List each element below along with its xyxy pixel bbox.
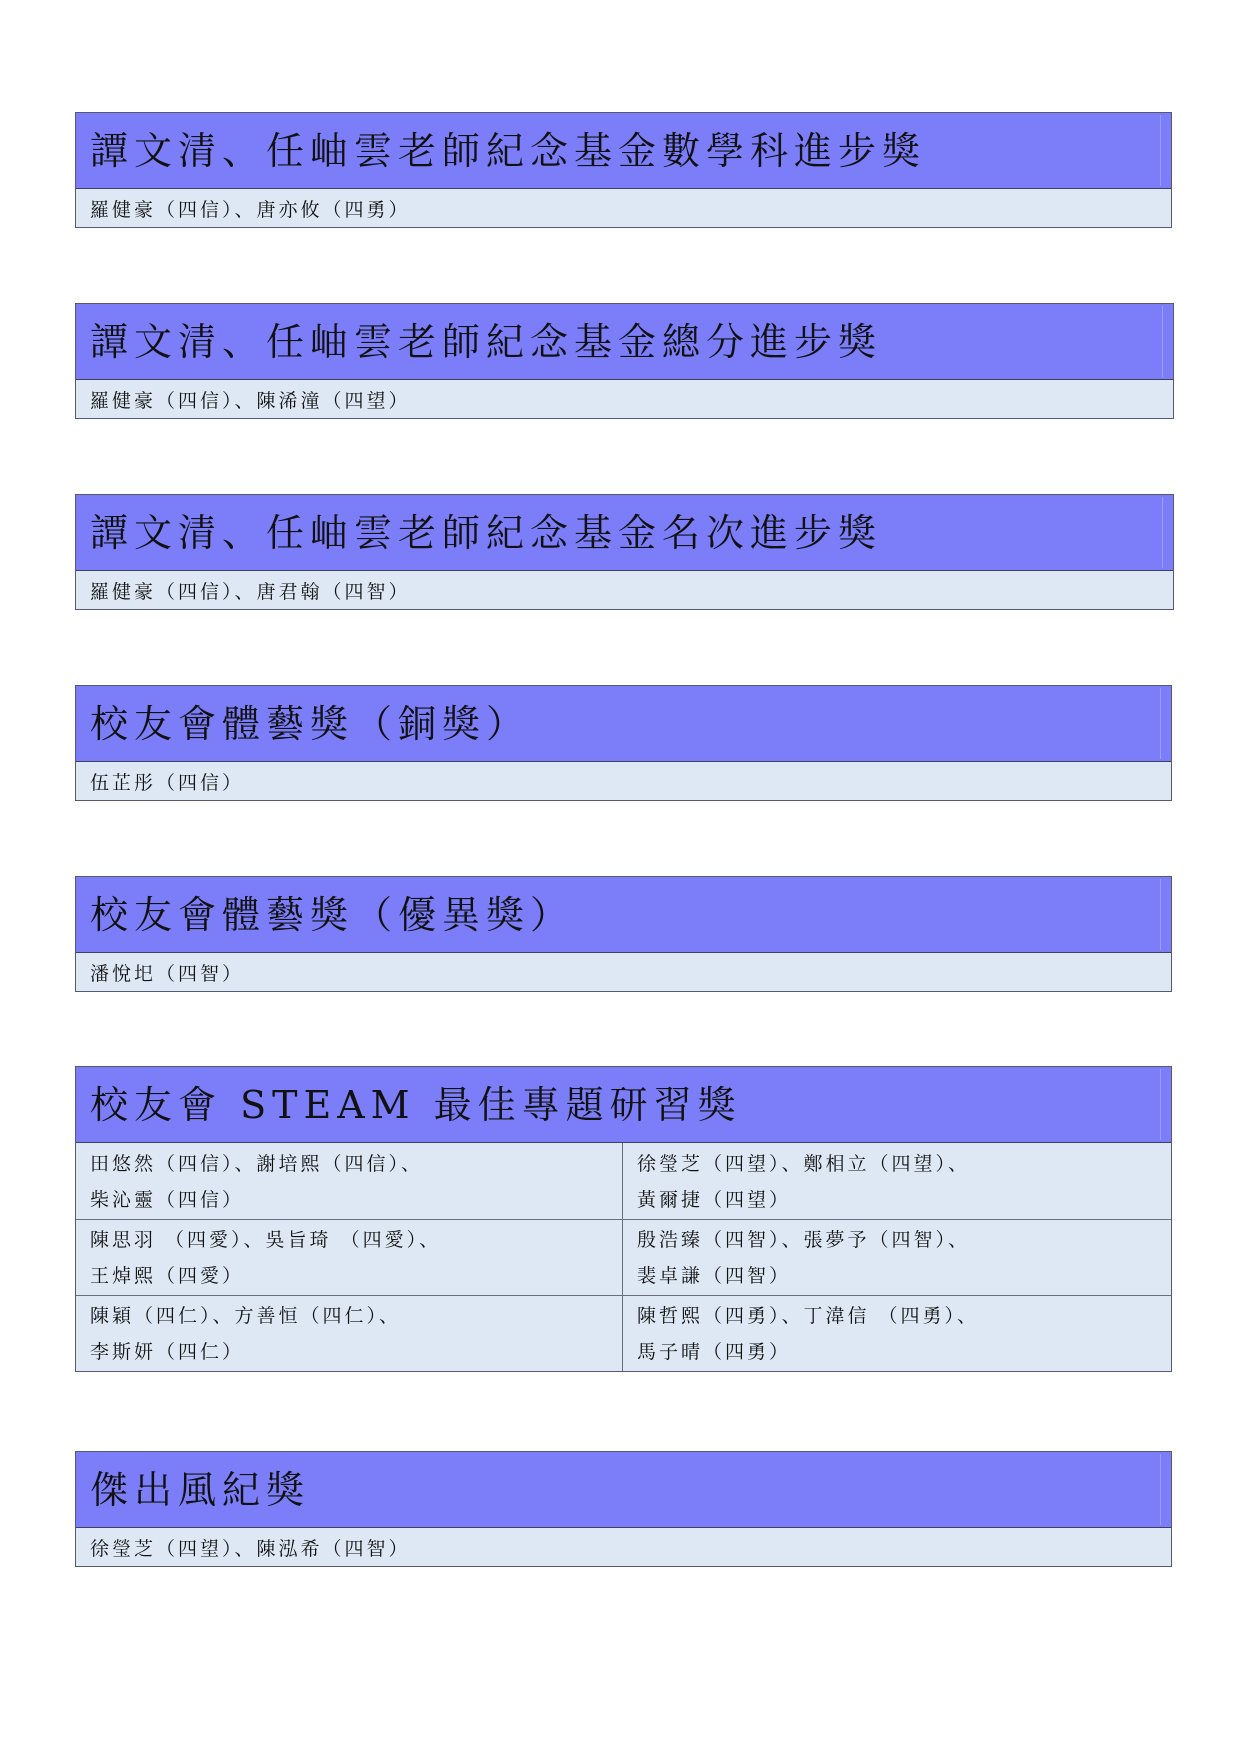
award-winners: 徐瑩芝（四望）、陳泓希（四智） — [76, 1528, 1171, 1566]
award-winners: 羅健豪（四信）、唐亦攸（四勇） — [76, 189, 1171, 227]
award-table-steam-project: 校友會 STEAM 最佳專題研習獎 田悠然（四信）、謝培熙（四信）、 柴沁靈（四… — [75, 1066, 1172, 1372]
award-title: 校友會 STEAM 最佳專題研習獎 — [76, 1067, 1171, 1143]
steam-group-cell: 徐瑩芝（四望）、鄭相立（四望）、 黃爾捷（四望） — [623, 1143, 1171, 1219]
award-table-ranking-progress: 譚文清、任岫雲老師紀念基金名次進步獎 羅健豪（四信）、唐君翰（四智） — [75, 494, 1174, 610]
award-title: 譚文清、任岫雲老師紀念基金總分進步獎 — [76, 304, 1173, 380]
steam-group-line: 黃爾捷（四望） — [637, 1182, 1171, 1218]
award-table-sports-arts-merit: 校友會體藝獎（優異獎） 潘悅圯（四智） — [75, 876, 1172, 992]
steam-group-cell: 陳穎（四仁）、方善恒（四仁）、 李斯妍（四仁） — [76, 1295, 623, 1371]
award-title: 譚文清、任岫雲老師紀念基金名次進步獎 — [76, 495, 1173, 571]
steam-group-line: 陳思羽 （四愛）、吳旨琦 （四愛）、 — [90, 1222, 622, 1258]
award-title: 校友會體藝獎（銅獎） — [76, 686, 1171, 762]
steam-group-cell: 陳思羽 （四愛）、吳旨琦 （四愛）、 王焯熙（四愛） — [76, 1219, 623, 1295]
steam-group-line: 殷浩臻（四智）、張夢予（四智）、 — [637, 1222, 1171, 1258]
steam-group-line: 王焯熙（四愛） — [90, 1258, 622, 1294]
award-winners: 伍芷彤（四信） — [76, 762, 1171, 800]
steam-group-line: 裴卓謙（四智） — [637, 1258, 1171, 1294]
steam-group-line: 陳哲熙（四勇）、丁湋信 （四勇）、 — [637, 1298, 1171, 1334]
award-table-total-score-progress: 譚文清、任岫雲老師紀念基金總分進步獎 羅健豪（四信）、陳浠潼（四望） — [75, 303, 1174, 419]
steam-group-cell: 殷浩臻（四智）、張夢予（四智）、 裴卓謙（四智） — [623, 1219, 1171, 1295]
steam-group-line: 李斯妍（四仁） — [90, 1334, 622, 1370]
steam-group-line: 陳穎（四仁）、方善恒（四仁）、 — [90, 1298, 622, 1334]
award-table-sports-arts-bronze: 校友會體藝獎（銅獎） 伍芷彤（四信） — [75, 685, 1172, 801]
steam-group-line: 柴沁靈（四信） — [90, 1182, 622, 1218]
steam-group-line: 馬子晴（四勇） — [637, 1334, 1171, 1370]
award-title: 譚文清、任岫雲老師紀念基金數學科進步獎 — [76, 113, 1171, 189]
award-title: 傑出風紀獎 — [76, 1452, 1171, 1528]
award-winners: 羅健豪（四信）、陳浠潼（四望） — [76, 380, 1173, 418]
steam-winners-grid: 田悠然（四信）、謝培熙（四信）、 柴沁靈（四信） 徐瑩芝（四望）、鄭相立（四望）… — [76, 1143, 1171, 1371]
steam-group-cell: 田悠然（四信）、謝培熙（四信）、 柴沁靈（四信） — [76, 1143, 623, 1219]
award-title: 校友會體藝獎（優異獎） — [76, 877, 1171, 953]
steam-group-line: 田悠然（四信）、謝培熙（四信）、 — [90, 1146, 622, 1182]
award-winners: 潘悅圯（四智） — [76, 953, 1171, 991]
award-winners: 羅健豪（四信）、唐君翰（四智） — [76, 571, 1173, 609]
steam-group-line: 徐瑩芝（四望）、鄭相立（四望）、 — [637, 1146, 1171, 1182]
steam-group-cell: 陳哲熙（四勇）、丁湋信 （四勇）、 馬子晴（四勇） — [623, 1295, 1171, 1371]
award-table-outstanding-prefect: 傑出風紀獎 徐瑩芝（四望）、陳泓希（四智） — [75, 1451, 1172, 1567]
award-table-math-progress: 譚文清、任岫雲老師紀念基金數學科進步獎 羅健豪（四信）、唐亦攸（四勇） — [75, 112, 1172, 228]
